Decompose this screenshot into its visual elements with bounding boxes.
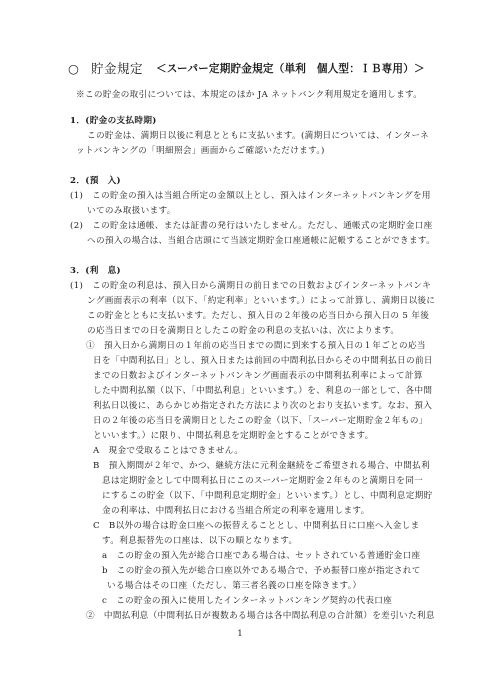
section-3-line: この貯金とともに支払います。ただし、預入日の２年後の応当日から預入日の 5 年後	[87, 311, 429, 322]
section-3-line: ング画面表示の利率（以下、「約定利率」といいます。）によって計算し、満期日以後に	[87, 296, 435, 307]
section-3-line: (1) この貯金の利息は、預入日から満期日の前日までの日数およびインターネットバ…	[70, 281, 431, 292]
section-3-line: 息は定期貯金として中間利払日にこのスーパー定期貯金２年ものと満期日を同一	[102, 476, 423, 487]
section-3-line: といいます。）に限り、中間払利息を定期貯金とすることができます。	[93, 431, 374, 442]
page-number: 1	[0, 629, 480, 639]
section-2-line: への預入の場合は、当組合店頭にて当該定期貯金口座通帳に記帳することができます。	[87, 236, 435, 247]
section-3-line: 利払日以後に、あらかじめ指定された方法により次のとおり支払います。なお、預入	[93, 401, 432, 412]
section-3-line: 日を「中間利払日」とし、預入日または前回の中間利払日からその中間利払日の前日	[93, 356, 433, 367]
section-3-line: A 現金で受取ることはできません。	[93, 446, 243, 457]
section-3-line: す。利息振替先の口座は、以下の順となります。	[102, 536, 297, 547]
section-3-line: B 預入期間が２年で、かつ、継続方法に元利金継続をご希望される場合、中間払利	[93, 461, 430, 472]
section-3-line: a この貯金の預入先が総合口座である場合は、セットされている普通貯金口座	[102, 551, 421, 562]
section-2-line: いてのみ取扱います。	[87, 206, 176, 217]
document-title: 貯金規定	[91, 61, 143, 77]
section-3-line: までの日数およびインターネットバンキング画面表示の中間利払利率によって計算	[93, 371, 423, 382]
section-2-line: (2) この貯金は通帳、または証書の発行はいたしません。ただし、通帳式の定期貯金…	[70, 221, 433, 232]
section-3-line: にするこの貯金（以下、「中間利息定期貯金」といいます。）とし、中間利息定期貯	[102, 491, 433, 502]
section-3-line: ① 預入日から満期日の１年前の応当日までの間に到来する預入日の１年ごとの応当	[86, 341, 426, 352]
section-3-line: した中間利払額（以下、「中間払利息」といいます。）を、利息の一部として、各中間	[93, 386, 432, 397]
section-3-line: 日の２年後の応当日を満期日としたこの貯金（以下、「スーパー定期貯金２年もの」	[93, 416, 428, 427]
title-mark: ○	[68, 61, 79, 77]
section-1-heading: 1．(貯金の支払時期)	[70, 116, 157, 127]
applicability-note: ※この貯金の取引については、本規定のほか JA ネットバンク利用規定を適用します…	[76, 90, 422, 101]
section-1-line: この貯金は、満期日以後に利息とともに支払います。(満期日については、インターネ	[87, 131, 429, 142]
section-2-heading: 2．(預 入)	[70, 176, 121, 187]
section-1-line: ットバンキングの「明細照会」画面からご確認いただけます。)	[76, 146, 325, 157]
section-3-heading: 3．(利 息)	[70, 266, 121, 277]
document-subtitle: ＜スーパー定期貯金規定（単利 個人型：ＩＢ専用）＞	[156, 62, 425, 76]
document-page: ○ 貯金規定 ＜スーパー定期貯金規定（単利 個人型：ＩＢ専用）＞ ※この貯金の取…	[0, 0, 480, 679]
section-3-line: ② 中間払利息（中間利払日が複数ある場合は各中間払利息の合計額）を差引いた利息	[86, 611, 435, 622]
section-3-line: 金の利率は、中間利払日における当組合所定の利率を適用します。	[102, 506, 370, 517]
section-3-line: C B以外の場合は貯金口座への振替えることとし、中間利払日に口座へ入金しま	[93, 521, 420, 532]
section-3-line: b この貯金の預入先が総合口座以外である場合で、予め振替口座が指定されて	[102, 566, 421, 577]
section-2-line: (1) この貯金の預入は当組合所定の金額以上とし、預入はインターネットバンキング…	[70, 191, 431, 202]
section-3-line: の応当日までの日を満期日としたこの貯金の利息の支払いは、次によります。	[87, 326, 399, 337]
section-3-line: いる場合はその口座（ただし、第三者名義の口座を除きます。）	[107, 581, 361, 592]
section-3-line: c この貯金の預入に使用したインターネットバンキング契約の代表口座	[102, 596, 392, 607]
